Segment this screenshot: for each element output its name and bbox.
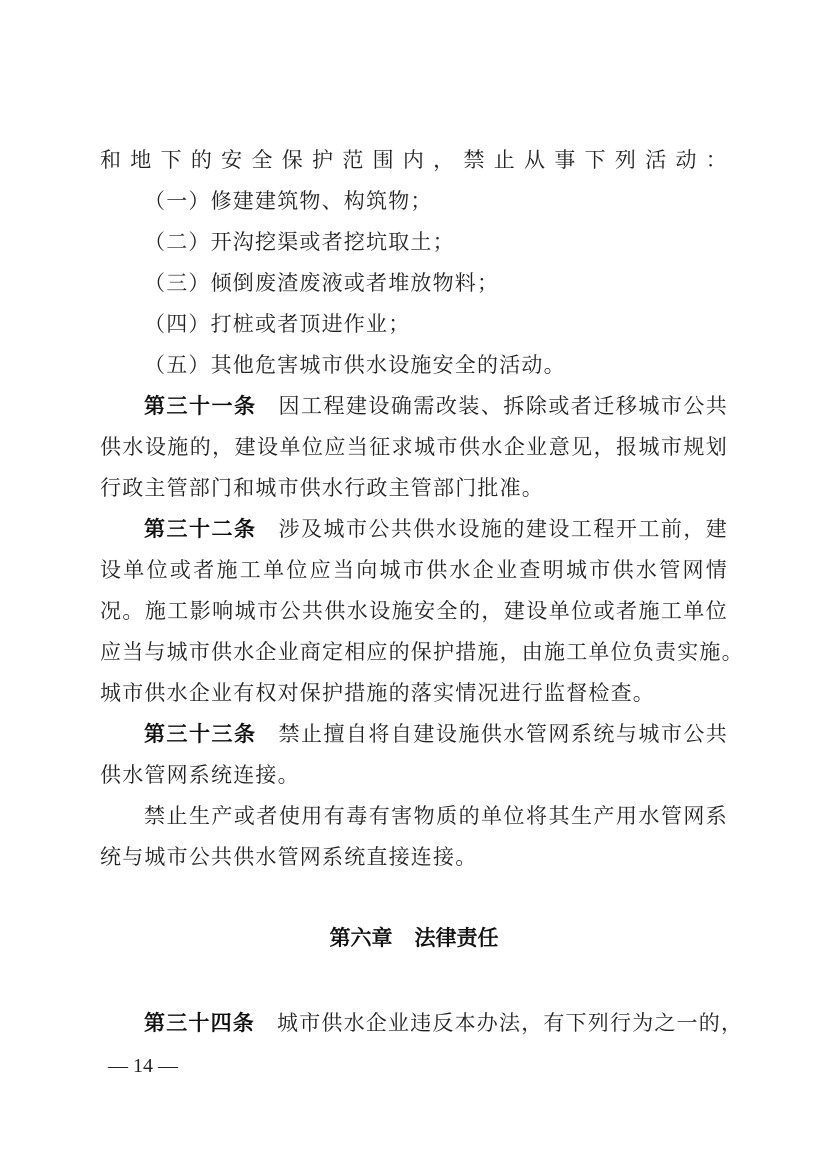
- chapter-title: 法律责任: [415, 926, 499, 950]
- article-32-first-line: 第三十二条涉及城市公共供水设施的建设工程开工前，建: [100, 509, 728, 549]
- article-number: 第三十一条: [144, 394, 256, 418]
- paragraph-line: 和地下的安全保护范围内，禁止从事下列活动：: [100, 140, 728, 180]
- chapter-heading: 第六章法律责任: [100, 918, 728, 958]
- paragraph-line: 供水管网系统连接。: [100, 755, 728, 795]
- article-number: 第三十三条: [144, 722, 256, 746]
- article-31-first-line: 第三十一条因工程建设确需改装、拆除或者迁移城市公共: [100, 386, 728, 426]
- paragraph-line: 况。施工影响城市公共供水设施安全的，建设单位或者施工单位: [100, 591, 728, 631]
- article-text: 涉及城市公共供水设施的建设工程开工前，建: [278, 517, 728, 541]
- page-number: — 14 —: [108, 1052, 178, 1080]
- paragraph-line: 禁止生产或者使用有毒有害物质的单位将其生产用水管网系: [100, 796, 728, 836]
- article-text: 禁止擅自将自建设施供水管网系统与城市公共: [278, 722, 728, 746]
- list-item: （四）打桩或者顶进作业；: [100, 304, 728, 344]
- chapter-number: 第六章: [330, 926, 393, 950]
- list-item: （五）其他危害城市供水设施安全的活动。: [100, 345, 728, 385]
- article-34-first-line: 第三十四条城市供水企业违反本办法，有下列行为之一的，: [100, 1003, 728, 1043]
- article-number: 第三十二条: [144, 517, 256, 541]
- list-item: （一）修建建筑物、构筑物；: [100, 181, 728, 221]
- paragraph-line: 行政主管部门和城市供水行政主管部门批准。: [100, 468, 728, 508]
- list-item: （三）倾倒废渣废液或者堆放物料；: [100, 263, 728, 303]
- article-33-first-line: 第三十三条禁止擅自将自建设施供水管网系统与城市公共: [100, 714, 728, 754]
- paragraph-line: 城市供水企业有权对保护措施的落实情况进行监督检查。: [100, 673, 728, 713]
- article-number: 第三十四条: [144, 1011, 255, 1035]
- paragraph-line: 供水设施的，建设单位应当征求城市供水企业意见，报城市规划: [100, 427, 728, 467]
- paragraph-line: 设单位或者施工单位应当向城市供水企业查明城市供水管网情: [100, 550, 728, 590]
- article-text: 因工程建设确需改装、拆除或者迁移城市公共: [278, 394, 728, 418]
- list-item: （二）开沟挖渠或者挖坑取土；: [100, 222, 728, 262]
- article-text: 城市供水企业违反本办法，有下列行为之一的，: [277, 1011, 743, 1035]
- paragraph-line: 应当与城市供水企业商定相应的保护措施，由施工单位负责实施。: [100, 632, 728, 672]
- paragraph-line: 统与城市公共供水管网系统直接连接。: [100, 837, 728, 877]
